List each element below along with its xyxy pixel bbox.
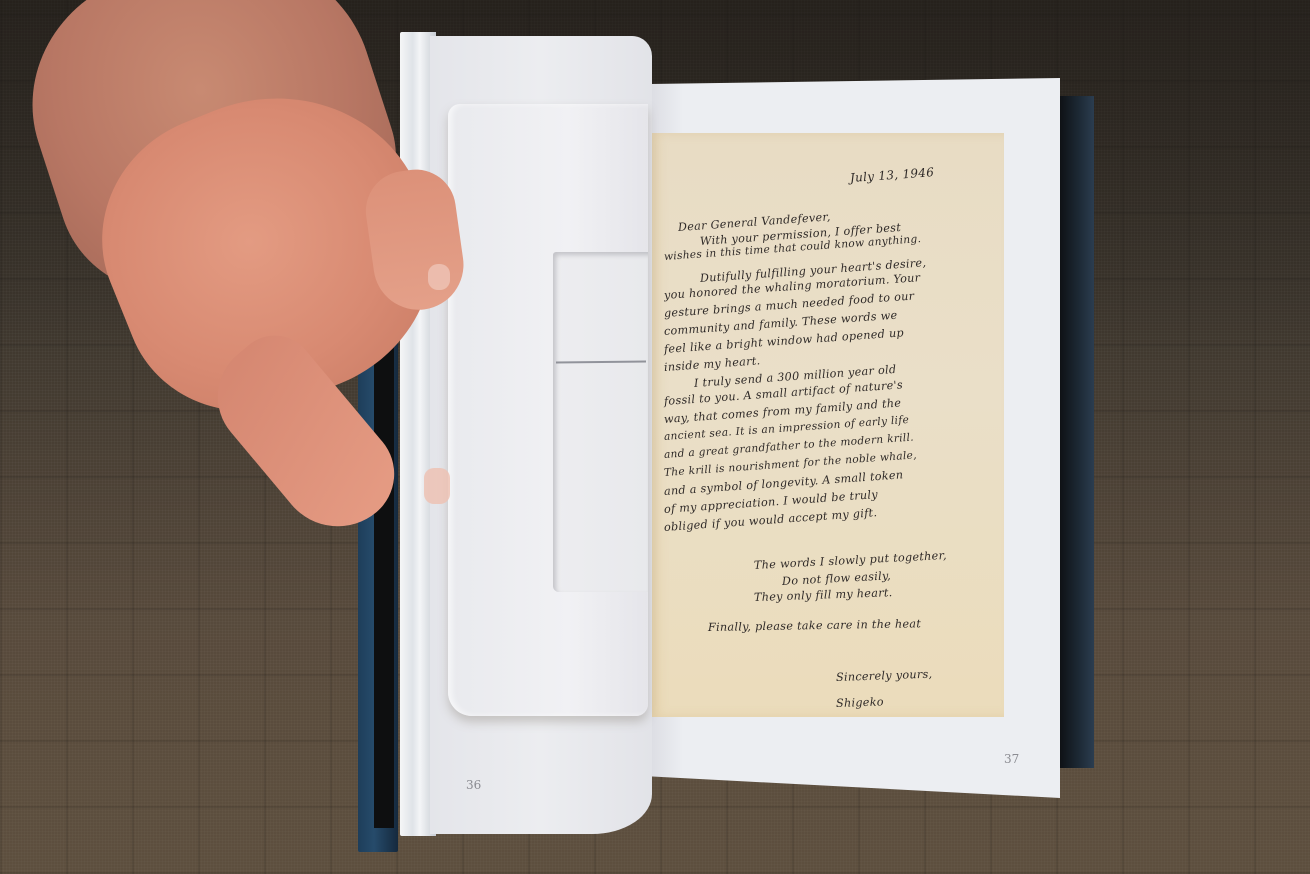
letter-signoff: Sincerely yours, [836,668,933,684]
letter-line: inside my heart. [664,354,761,374]
letter-signature: Shigeko [836,695,884,710]
thumbnail [424,468,450,504]
fingernail [428,264,450,290]
letter-poem-line: They only fill my heart. [754,586,893,604]
book-cover-right [1058,96,1094,768]
letter-closing-line: Finally, please take care in the heat [708,617,921,634]
page-number-right: 37 [1004,752,1019,766]
handwritten-letter: July 13, 1946 Dear General Vandefever, W… [650,133,1004,717]
fossil-relief-inner [553,252,648,592]
letter-poem-line: The words I slowly put together, [754,549,947,572]
letter-poem-line: Do not flow easily, [782,569,892,588]
photo-scene: July 13, 1946 Dear General Vandefever, W… [0,0,1310,874]
page-number-left: 36 [466,778,481,792]
letter-date: July 13, 1946 [850,165,935,185]
